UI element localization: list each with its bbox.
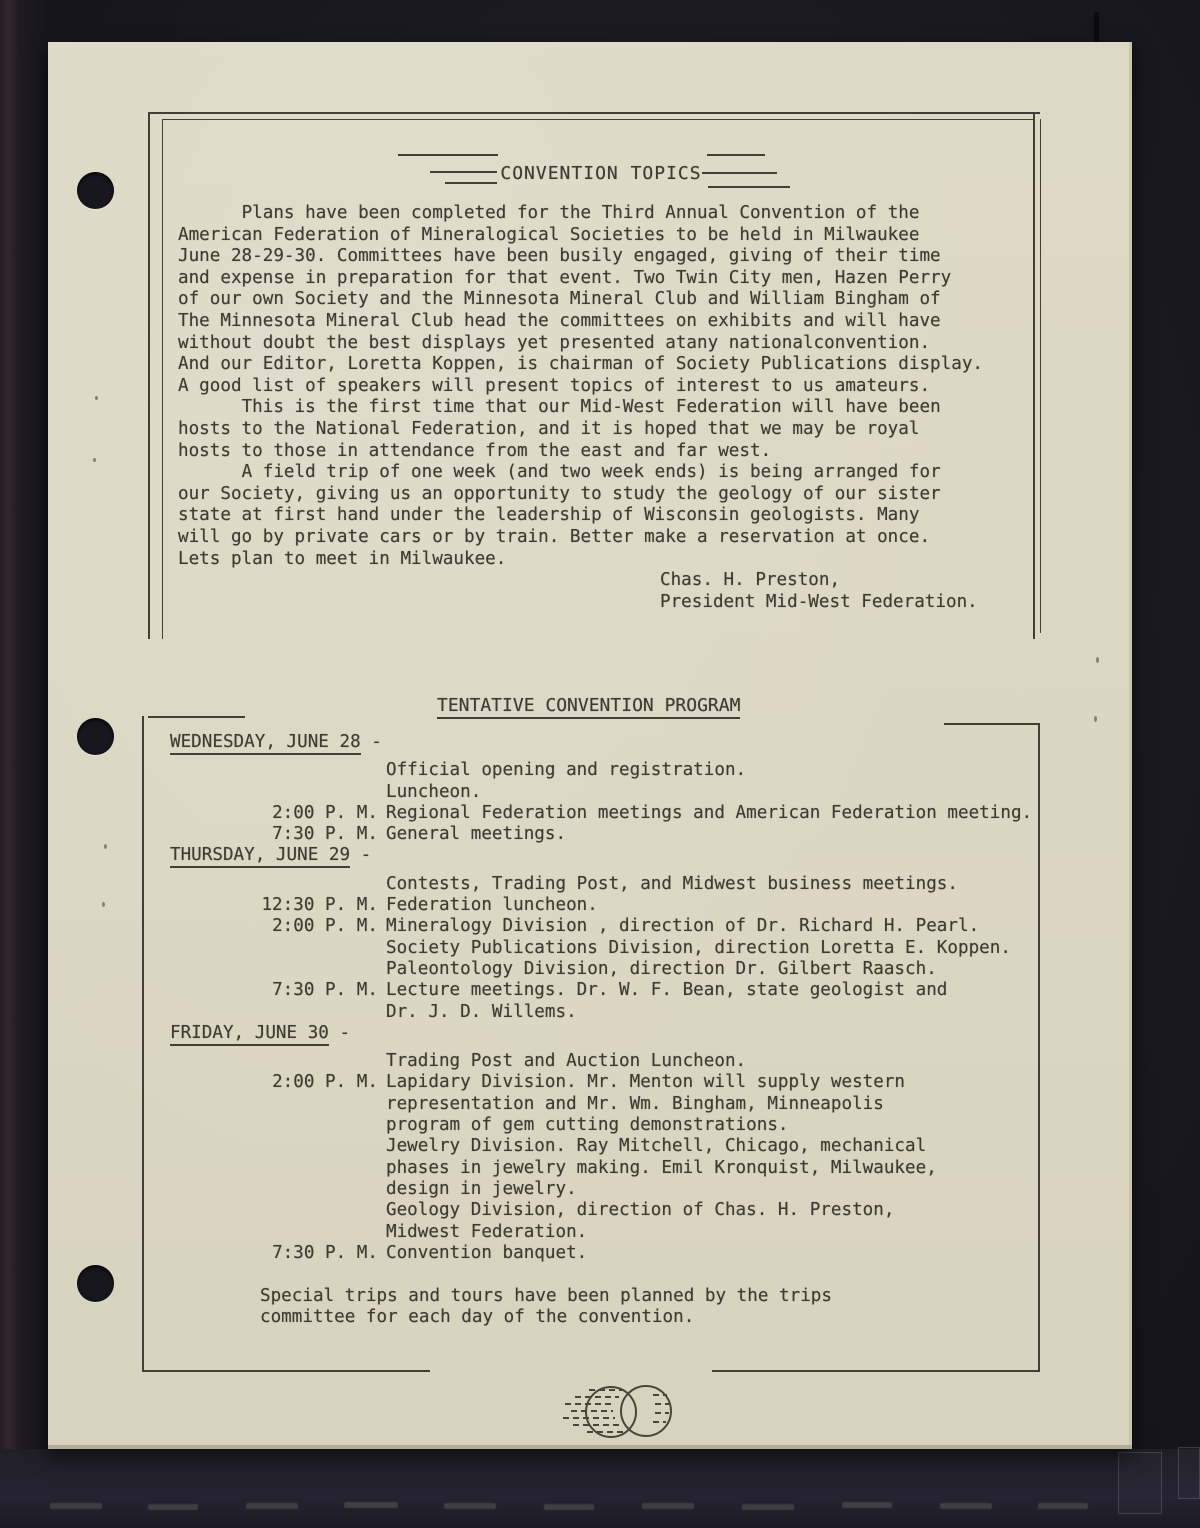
topics-box-border-top <box>148 112 1040 114</box>
program-item-text: Convention banquet. <box>386 1243 587 1264</box>
program-box-border-left <box>142 716 144 1371</box>
program-day-header: THURSDAY, JUNE 29 - <box>170 845 1042 866</box>
program-item: 2:00 P. M.Regional Federation meetings a… <box>170 803 1042 824</box>
topics-box-border-left <box>148 112 150 639</box>
program-item-text: Lecture meetings. Dr. W. F. Bean, state … <box>386 980 947 1023</box>
program-item-text: Mineralogy Division , direction of Dr. R… <box>386 916 1011 980</box>
cover-mark <box>1038 1503 1088 1509</box>
cover-mark <box>444 1503 496 1509</box>
program-box-border-top-left <box>148 716 245 718</box>
punch-hole-top <box>77 172 114 209</box>
topics-paragraph-3: A field trip of one week (and two week e… <box>178 462 1008 570</box>
topics-box-border-left-inner <box>162 119 163 639</box>
program-item-time: 7:30 P. M. <box>170 824 378 845</box>
cover-mark <box>148 1504 198 1510</box>
program-item-time <box>170 874 378 895</box>
book-cover-bottom <box>0 1449 1200 1528</box>
ink-speck <box>1094 716 1097 722</box>
program-item: Trading Post and Auction Luncheon. <box>170 1051 1042 1072</box>
program-item: 2:00 P. M.Mineralogy Division , directio… <box>170 916 1042 980</box>
ink-speck <box>93 458 96 462</box>
program-item-time: 12:30 P. M. <box>170 895 378 916</box>
decorative-dash <box>445 182 497 184</box>
decorative-dash <box>398 154 498 156</box>
program-item: 2:00 P. M.Lapidary Division. Mr. Menton … <box>170 1072 1042 1242</box>
program-day-label: THURSDAY, JUNE 29 <box>170 845 350 868</box>
cover-mark <box>842 1502 892 1508</box>
topics-box-border-right-inner <box>1040 119 1041 633</box>
program-item: Luncheon. <box>170 782 1042 803</box>
book-spine <box>0 0 48 1528</box>
cover-emboss-rect <box>1178 1447 1200 1499</box>
punch-hole-middle <box>77 718 114 755</box>
program-footer: Special trips and tours have been planne… <box>260 1286 1042 1329</box>
program-item-text: Regional Federation meetings and America… <box>386 803 1032 824</box>
program-item-text: Official opening and registration. <box>386 760 746 781</box>
program-item-time: 7:30 P. M. <box>170 980 378 1023</box>
cover-mark <box>940 1503 992 1509</box>
cover-mark <box>50 1503 102 1509</box>
program-heading-text: TENTATIVE CONVENTION PROGRAM <box>437 695 740 719</box>
program-day-suffix: - <box>329 1023 350 1043</box>
program-day-header: WEDNESDAY, JUNE 28 - <box>170 732 1042 753</box>
program-heading: TENTATIVE CONVENTION PROGRAM <box>437 695 737 716</box>
program-item: 7:30 P. M.General meetings. <box>170 824 1042 845</box>
program-item-time: 2:00 P. M. <box>170 1072 378 1242</box>
topics-body: Plans have been completed for the Third … <box>178 203 1008 613</box>
program-item-text: Federation luncheon. <box>386 895 598 916</box>
punch-hole-bottom <box>77 1265 114 1302</box>
cover-mark <box>246 1503 298 1509</box>
overlapping-circles-emblem <box>563 1378 691 1446</box>
topics-box-border-top-inner <box>162 119 1033 120</box>
program-day-label: FRIDAY, JUNE 30 <box>170 1023 329 1046</box>
decorative-dash <box>430 171 497 173</box>
program-day-header: FRIDAY, JUNE 30 - <box>170 1023 1042 1044</box>
program-item: Official opening and registration. <box>170 760 1042 781</box>
decorative-dash <box>702 172 777 174</box>
program-day-label: WEDNESDAY, JUNE 28 <box>170 732 361 755</box>
ink-speck <box>104 844 107 849</box>
ink-speck <box>95 396 98 400</box>
program-day-suffix: - <box>361 732 382 752</box>
topics-heading: CONVENTION TOPICS <box>496 163 706 184</box>
cover-mark <box>642 1503 694 1509</box>
program-item-time <box>170 1051 378 1072</box>
program-item-time: 2:00 P. M. <box>170 916 378 980</box>
scanned-page: CONVENTION TOPICS Plans have been comple… <box>48 42 1132 1449</box>
screenshot-root: { "accent_colors": { "paper": "#dcd7c3",… <box>0 0 1200 1528</box>
program-item-text: Trading Post and Auction Luncheon. <box>386 1051 746 1072</box>
decorative-dash <box>708 186 790 188</box>
program-item-text: Luncheon. <box>386 782 481 803</box>
program-item-time: 2:00 P. M. <box>170 803 378 824</box>
program-day-suffix: - <box>350 845 371 865</box>
program-item-text: Contests, Trading Post, and Midwest busi… <box>386 874 958 895</box>
topics-box-border-right <box>1033 112 1035 639</box>
signature-title: President Mid-West Federation. <box>660 592 1008 614</box>
program-item: 12:30 P. M.Federation luncheon. <box>170 895 1042 916</box>
ink-speck <box>102 902 105 907</box>
cover-mark <box>742 1504 794 1510</box>
cover-mark <box>544 1504 594 1510</box>
program-item-time <box>170 760 378 781</box>
program-item-text: General meetings. <box>386 824 566 845</box>
program-box-border-top-right <box>944 723 1040 725</box>
program-body: WEDNESDAY, JUNE 28 -Official opening and… <box>170 732 1042 1329</box>
page-edge-tick <box>1094 12 1099 43</box>
cover-emboss-rect <box>1118 1452 1162 1514</box>
program-box-border-bottom-left <box>142 1370 430 1372</box>
ink-speck <box>1096 657 1099 663</box>
program-item-text: Lapidary Division. Mr. Menton will suppl… <box>386 1072 937 1242</box>
program-item-time: 7:30 P. M. <box>170 1243 378 1264</box>
signature-name: Chas. H. Preston, <box>660 570 1008 592</box>
topics-paragraph-2: This is the first time that our Mid-West… <box>178 397 1008 462</box>
program-rows: WEDNESDAY, JUNE 28 -Official opening and… <box>170 732 1042 1264</box>
program-item: Contests, Trading Post, and Midwest busi… <box>170 874 1042 895</box>
program-item: 7:30 P. M.Convention banquet. <box>170 1243 1042 1264</box>
program-item: 7:30 P. M.Lecture meetings. Dr. W. F. Be… <box>170 980 1042 1023</box>
decorative-dash <box>707 154 765 156</box>
topics-paragraph-1: Plans have been completed for the Third … <box>178 203 1008 397</box>
cover-mark <box>344 1502 398 1508</box>
program-item-time <box>170 782 378 803</box>
program-box-border-bottom-right <box>712 1370 1040 1372</box>
